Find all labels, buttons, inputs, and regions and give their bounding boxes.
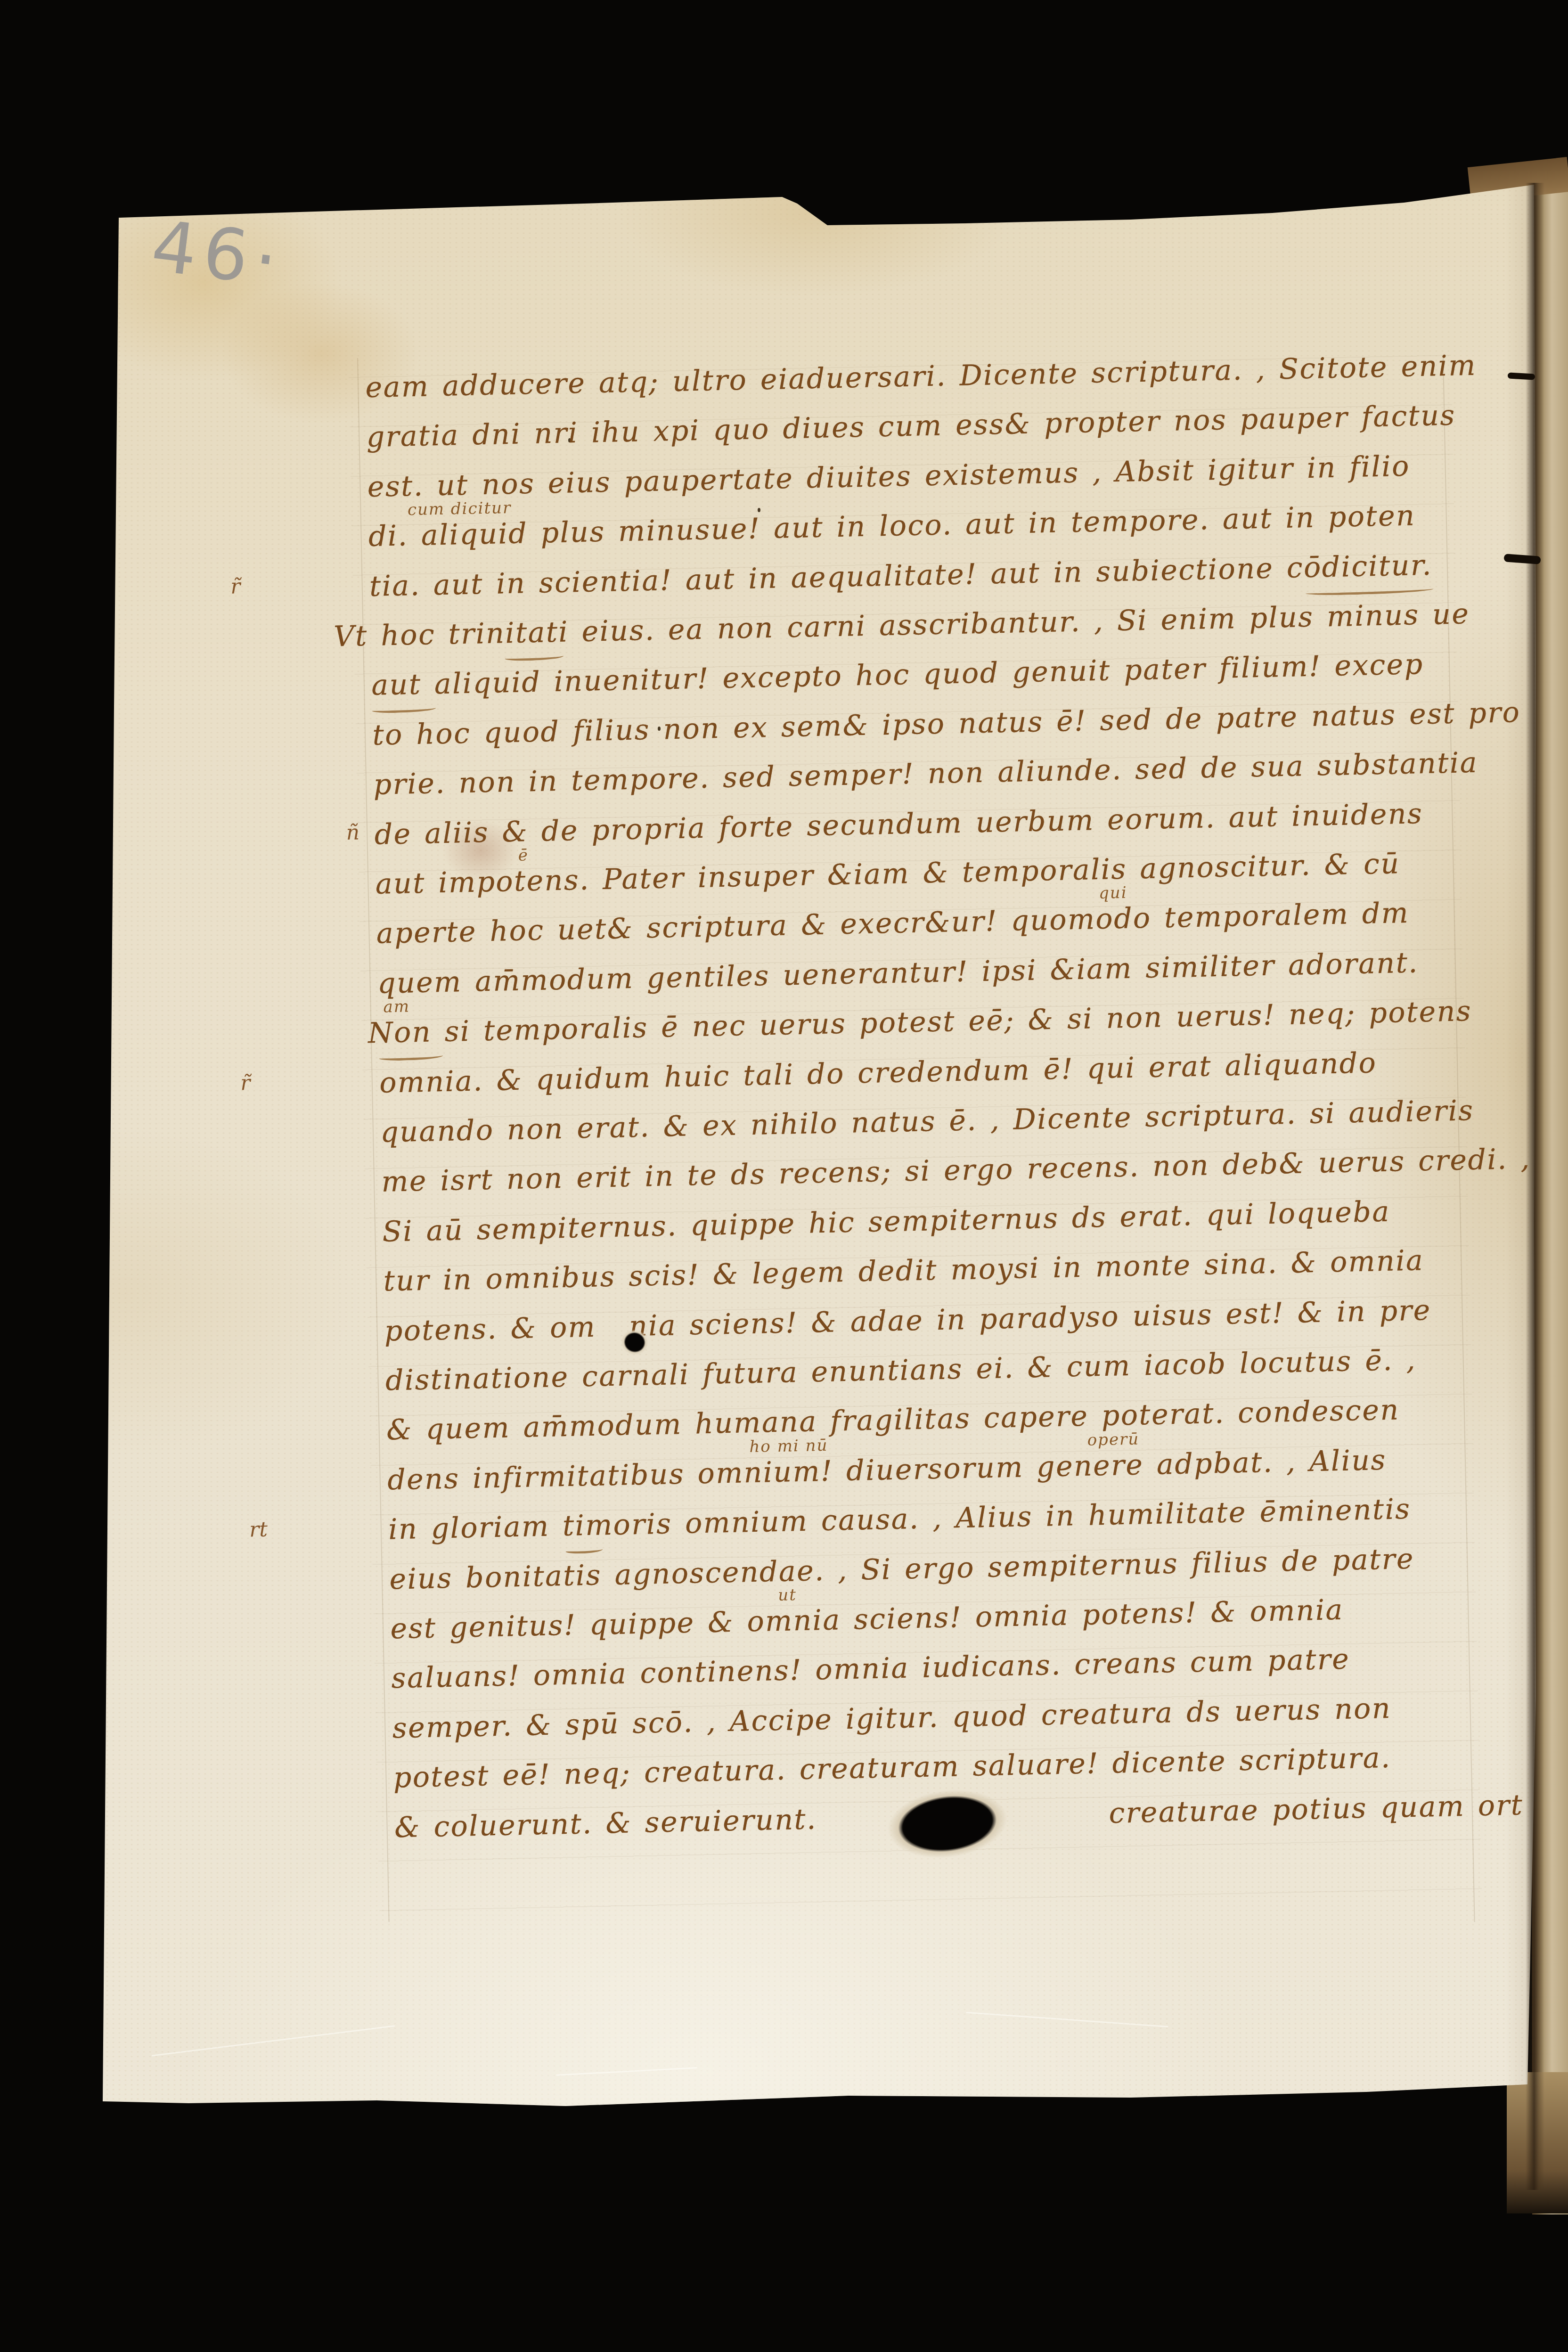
text-line: potest eē! neq; creatura. creaturam salu… bbox=[393, 1741, 1391, 1794]
text-line: omnia. & quidum huic tali do credendum ē… bbox=[379, 1046, 1377, 1099]
text-line: di. aliquid plus minusue! aut in loco. a… bbox=[368, 499, 1415, 554]
text-line: tur in omnibus scis! & legem dedit moysi… bbox=[383, 1244, 1424, 1298]
text-line: saluans! omnia continens! omnia iudicans… bbox=[391, 1643, 1350, 1695]
interlinear-gloss: ho mi nū bbox=[749, 1436, 828, 1456]
text-line: quem am̄modum gentiles uenerantur! ipsi … bbox=[377, 946, 1419, 1000]
margin-mark: r̃ bbox=[230, 574, 241, 598]
text-segment: nia sciens! & adae in paradyso uisus est… bbox=[629, 1294, 1431, 1343]
text-line: semper. & spū scō. , Accipe igitur. quod… bbox=[392, 1692, 1392, 1745]
text-segment: potens. & om bbox=[384, 1310, 596, 1347]
interlinear-gloss: am bbox=[383, 997, 410, 1017]
text-line: gratia dni nri ihu xpi quo diues cum ess… bbox=[366, 399, 1456, 454]
text-line: de aliis & de propria forte secundum uer… bbox=[374, 797, 1423, 851]
text-line: potens. & omnia sciens! & adae in parady… bbox=[384, 1294, 1431, 1348]
text-line: est. ut nos eius paupertate diuites exis… bbox=[367, 449, 1410, 503]
interlinear-gloss: ut bbox=[778, 1585, 797, 1605]
margin-mark: r̃ bbox=[240, 1071, 251, 1095]
text-line: est genitus! quippe & omnia sciens! omni… bbox=[390, 1593, 1344, 1646]
text-line: in gloriam timoris omnium causa. , Alius… bbox=[388, 1493, 1412, 1546]
text-line: quando non erat. & ex nihilo natus ē. , … bbox=[380, 1094, 1474, 1149]
text-line: distinatione carnali futura enuntians ei… bbox=[385, 1344, 1416, 1397]
text-line: eius bonitatis agnoscendae. , Si ergo se… bbox=[389, 1542, 1415, 1596]
interlinear-gloss: operū bbox=[1087, 1429, 1139, 1449]
interlinear-gloss: ē bbox=[518, 846, 529, 865]
margin-mark: ñ bbox=[346, 820, 359, 845]
text-line: Si aū sempiternus. quippe hic sempiternu… bbox=[382, 1195, 1390, 1248]
text-lines: eam adducere atq; ultro eiaduersari. Dic… bbox=[365, 350, 1466, 1926]
text-line: aperte hoc uet& scriptura & execr&ur! qu… bbox=[376, 897, 1409, 950]
text-line: me isrt non erit in te ds recens; si erg… bbox=[381, 1143, 1531, 1199]
text-line: Non si temporalis ē nec uerus potest eē;… bbox=[368, 995, 1472, 1050]
text-line: prie. non in tempore. sed semper! non al… bbox=[373, 746, 1478, 801]
manuscript-photo: 46· eam adducere atq; ultro eiaduersari.… bbox=[0, 0, 1568, 2352]
text-line: Vt hoc trinitati eius. ea non carni assc… bbox=[334, 597, 1470, 653]
interlinear-gloss: cum dicitur bbox=[408, 498, 512, 519]
text-line: & quem am̄modum humana fragilitas capere… bbox=[386, 1394, 1400, 1447]
text-segment: & coluerunt. & seruierunt. bbox=[394, 1803, 817, 1844]
margin-mark: rt bbox=[249, 1518, 268, 1542]
gutter-crease bbox=[1526, 183, 1544, 2190]
interlinear-gloss: qui bbox=[1099, 883, 1127, 903]
text-line: to hoc quod filius non ex sem& ipso natu… bbox=[372, 696, 1521, 752]
text-line: dens infirmitatibus omnium! diuersorum g… bbox=[387, 1444, 1387, 1497]
folio-number: 46· bbox=[147, 205, 288, 303]
text-line: tia. aut in scientia! aut in aequalitate… bbox=[369, 548, 1432, 603]
text-line: aut impotens. Pater insuper &iam & tempo… bbox=[375, 847, 1400, 901]
text-block: eam adducere atq; ultro eiaduersari. Dic… bbox=[365, 350, 1466, 1926]
text-segment: creaturae potius quam ort bbox=[1109, 1788, 1524, 1830]
